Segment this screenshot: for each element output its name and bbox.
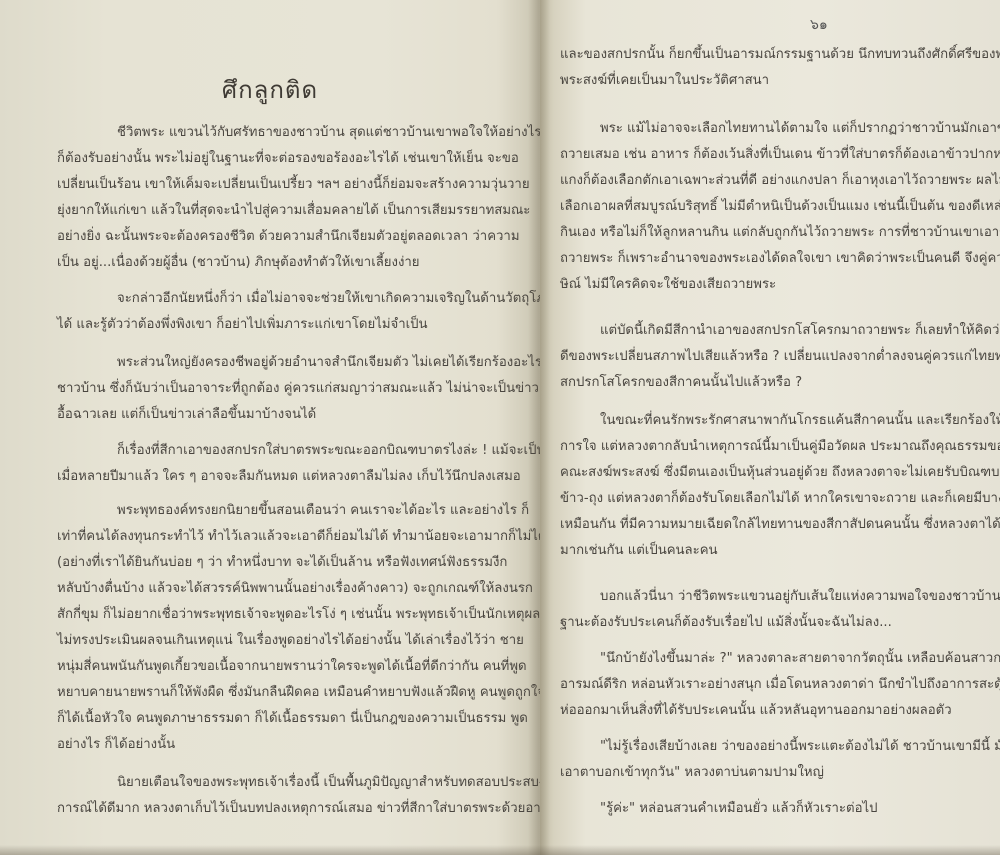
- text-line: ชีวิตพระ แขวนไว้กับศรัทธาของชาวบ้าน สุดแ…: [57, 120, 527, 146]
- text-line: ยุ่งยากให้แก่เขา แล้วในที่สุดจะนำไปสู่คว…: [57, 198, 527, 224]
- text-line: หนุ่มสี่คนพนันกันพูดเกี้ยวขอเนื้อจากนายพ…: [57, 654, 527, 680]
- paragraph: ในขณะที่คนรักพระรักศาสนาพากันโกรธแค้นสีก…: [560, 408, 990, 564]
- paragraph: พระ แม้ไม่อาจจะเลือกไทยทานได้ตามใจ แต่ก็…: [560, 116, 990, 298]
- paragraph: นิยายเตือนใจของพระพุทธเจ้าเรื่องนี้ เป็น…: [57, 770, 527, 822]
- text-line: เปลี่ยนเป็นร้อน เขาให้เค็มจะเปลี่ยนเป็นเ…: [57, 172, 527, 198]
- text-line: ฐานะต้องรับประเคนก็ต้องรับเรื่อยไป แม้สิ…: [560, 610, 990, 636]
- text-line: หยาบคายนายพรานก็ให้พังผืด ซึ่งมันกลืนฝืด…: [57, 680, 527, 706]
- text-line: นิยายเตือนใจของพระพุทธเจ้าเรื่องนี้ เป็น…: [57, 770, 527, 796]
- paragraph: "ไม่รู้เรื่องเสียบ้างเลย ว่าของอย่างนี้พ…: [560, 734, 990, 786]
- paragraph: ก็เรื่องที่สีกาเอาของสกปรกใส่บาตรพระขณะอ…: [57, 438, 527, 490]
- paragraph: ชีวิตพระ แขวนไว้กับศรัทธาของชาวบ้าน สุดแ…: [57, 120, 527, 276]
- paragraph: บอกแล้วนี่นา ว่าชีวิตพระแขวนอยู่กับเส้นใ…: [560, 584, 990, 636]
- text-line: แกงก็ต้องเลือกตักเอาเฉพาะส่วนที่ดี อย่าง…: [560, 168, 990, 194]
- text-line: ไม่ทรงประเมินผลจนเกินเหตุแน่ ในเรื่องพูด…: [57, 628, 527, 654]
- text-line: สักกี่ขุม ก็ไม่อยากเชื่อว่าพระพุทธเจ้าจะ…: [57, 602, 527, 628]
- text-line: (อย่างที่เราได้ยินกันบ่อย ๆ ว่า ทำหนึ่งบ…: [57, 550, 527, 576]
- text-line: ษิณ์ ไม่มีใครคิดจะใช้ของเสียถวายพระ: [560, 272, 990, 298]
- text-line: พระ แม้ไม่อาจจะเลือกไทยทานได้ตามใจ แต่ก็…: [560, 116, 990, 142]
- text-line: กินเอง หรือไม่ก็ให้ลูกหลานกิน แต่กลับถูก…: [560, 220, 990, 246]
- text-line: ชาวบ้าน ซึ่งก็นับว่าเป็นอาจาระที่ถูกต้อง…: [57, 376, 527, 402]
- text-line: "ไม่รู้เรื่องเสียบ้างเลย ว่าของอย่างนี้พ…: [560, 734, 990, 760]
- text-line: ถวายพระ ก็เพราะอำนาจของพระเองได้ดลใจเขา …: [560, 246, 990, 272]
- chapter-title: ศึกลูกติด: [0, 70, 540, 109]
- text-line: พระพุทธองค์ทรงยกนิยายขึ้นสอนเตือนว่า คนเ…: [57, 498, 527, 524]
- text-line: อย่างไร ก็ได้อย่างนั้น: [57, 732, 527, 758]
- text-line: ห่อออกมาเห็นสิ่งที่ได้รับประเคนนั้น แล้ว…: [560, 698, 990, 724]
- paragraph: "รู้ค่ะ" หล่อนสวนคำเหมือนยั่ว แล้วก็หัวเ…: [560, 796, 990, 822]
- text-line: ดีของพระเปลี่ยนสภาพไปเสียแล้วหรือ ? เปลี…: [560, 344, 990, 370]
- text-line: เอาตาบอกเข้าทุกวัน" หลวงตาบ่นตามปามใหญ่: [560, 760, 990, 786]
- paragraph: "นึกบ้ายังไงขึ้นมาล่ะ ?" หลวงตาละสายตาจา…: [560, 646, 990, 724]
- text-line: บอกแล้วนี่นา ว่าชีวิตพระแขวนอยู่กับเส้นใ…: [560, 584, 990, 610]
- text-line: อย่างยิ่ง ฉะนั้นพระจะต้องครองชีวิต ด้วยค…: [57, 224, 527, 250]
- text-line: "รู้ค่ะ" หล่อนสวนคำเหมือนยั่ว แล้วก็หัวเ…: [560, 796, 990, 822]
- text-line: เมื่อหลายปีมาแล้ว ใคร ๆ อาจจะลืมกันหมด แ…: [57, 464, 527, 490]
- text-line: เหมือนกัน ที่มีความหมายเฉียดใกล้ไทยทานขอ…: [560, 512, 990, 538]
- text-line: การณ์ได้ดีมาก หลวงตาเก็บไว้เป็นบทปลงเหตุ…: [57, 796, 527, 822]
- text-line: ก็ต้องรับอย่างนั้น พระไม่อยู่ในฐานะที่จะ…: [57, 146, 527, 172]
- text-line: พระส่วนใหญ่ยังครองชีพอยู่ด้วยอำนาจสำนึกเ…: [57, 350, 527, 376]
- text-line: อื้อฉาวเลย แต่ก็เป็นข่าวเล่าลือขึ้นมาบ้า…: [57, 402, 527, 428]
- text-line: เป็น อยู่...เนื่องด้วยผู้อื่น (ชาวบ้าน) …: [57, 250, 527, 276]
- right-page: ๖๑ และของสกปรกนั้น ก็ยกขึ้นเป็นอารมณ์กรร…: [540, 0, 1000, 855]
- paragraph: แต่บัดนี้เกิดมีสีกานำเอาของสกปรกโสโครกมา…: [560, 318, 990, 396]
- text-line: คณะสงฆ์พระสงฆ์ ซึ่งมีตนเองเป็นหุ้นส่วนอย…: [560, 460, 990, 486]
- text-line: ในขณะที่คนรักพระรักศาสนาพากันโกรธแค้นสีก…: [560, 408, 990, 434]
- open-book-spread: ศึกลูกติด ชีวิตพระ แขวนไว้กับศรัทธาของชา…: [0, 0, 1000, 855]
- text-line: แต่บัดนี้เกิดมีสีกานำเอาของสกปรกโสโครกมา…: [560, 318, 990, 344]
- book-spine: [528, 0, 550, 855]
- text-line: สกปรกโสโครกของสีกาคนนั้นไปแล้วหรือ ?: [560, 370, 990, 396]
- paragraph: จะกล่าวอีกนัยหนึ่งก็ว่า เมื่อไม่อาจจะช่ว…: [57, 286, 527, 338]
- text-line: อารมณ์ดีริก หล่อนหัวเราะอย่างสนุก เมื่อโ…: [560, 672, 990, 698]
- text-line: ได้ และรู้ตัวว่าต้องพึ่งพิงเขา ก็อย่าไปเ…: [57, 312, 527, 338]
- page-bottom-edge: [0, 845, 1000, 855]
- paragraph: พระพุทธองค์ทรงยกนิยายขึ้นสอนเตือนว่า คนเ…: [57, 498, 527, 758]
- text-line: เลือกเอาผลที่สมบูรณ์บริสุทธิ์ ไม่มีตำหนิ…: [560, 194, 990, 220]
- left-page: ศึกลูกติด ชีวิตพระ แขวนไว้กับศรัทธาของชา…: [0, 0, 540, 855]
- text-line: มากเช่นกัน แต่เป็นคนละคน: [560, 538, 990, 564]
- paragraph: พระส่วนใหญ่ยังครองชีพอยู่ด้วยอำนาจสำนึกเ…: [57, 350, 527, 428]
- text-line: จะกล่าวอีกนัยหนึ่งก็ว่า เมื่อไม่อาจจะช่ว…: [57, 286, 527, 312]
- page-number: ๖๑: [810, 14, 828, 36]
- text-line: การใจ แต่หลวงตากลับนำเหตุการณ์นี้มาเป็นค…: [560, 434, 990, 460]
- text-line: พระสงฆ์ที่เคยเป็นมาในประวัติศาสนา: [560, 68, 990, 94]
- text-line: ก็เรื่องที่สีกาเอาของสกปรกใส่บาตรพระขณะอ…: [57, 438, 527, 464]
- paragraph: และของสกปรกนั้น ก็ยกขึ้นเป็นอารมณ์กรรมฐา…: [560, 42, 990, 94]
- text-line: และของสกปรกนั้น ก็ยกขึ้นเป็นอารมณ์กรรมฐา…: [560, 42, 990, 68]
- text-line: ถวายเสมอ เช่น อาหาร ก็ต้องเว้นสิ่งที่เป็…: [560, 142, 990, 168]
- text-line: เท่าที่คนได้ลงทุนกระทำไว้ ทำไว้เลวแล้วจะ…: [57, 524, 527, 550]
- text-line: หลับบ้างตื่นบ้าง แล้วจะได้สวรรค์นิพพานนั…: [57, 576, 527, 602]
- text-line: "นึกบ้ายังไงขึ้นมาล่ะ ?" หลวงตาละสายตาจา…: [560, 646, 990, 672]
- text-line: ก็ได้เนื้อหัวใจ คนพูดภาษาธรรมดา ก็ได้เนื…: [57, 706, 527, 732]
- text-line: ข้าว-ถุง แต่หลวงตาก็ต้องรับโดยเลือกไม่ได…: [560, 486, 990, 512]
